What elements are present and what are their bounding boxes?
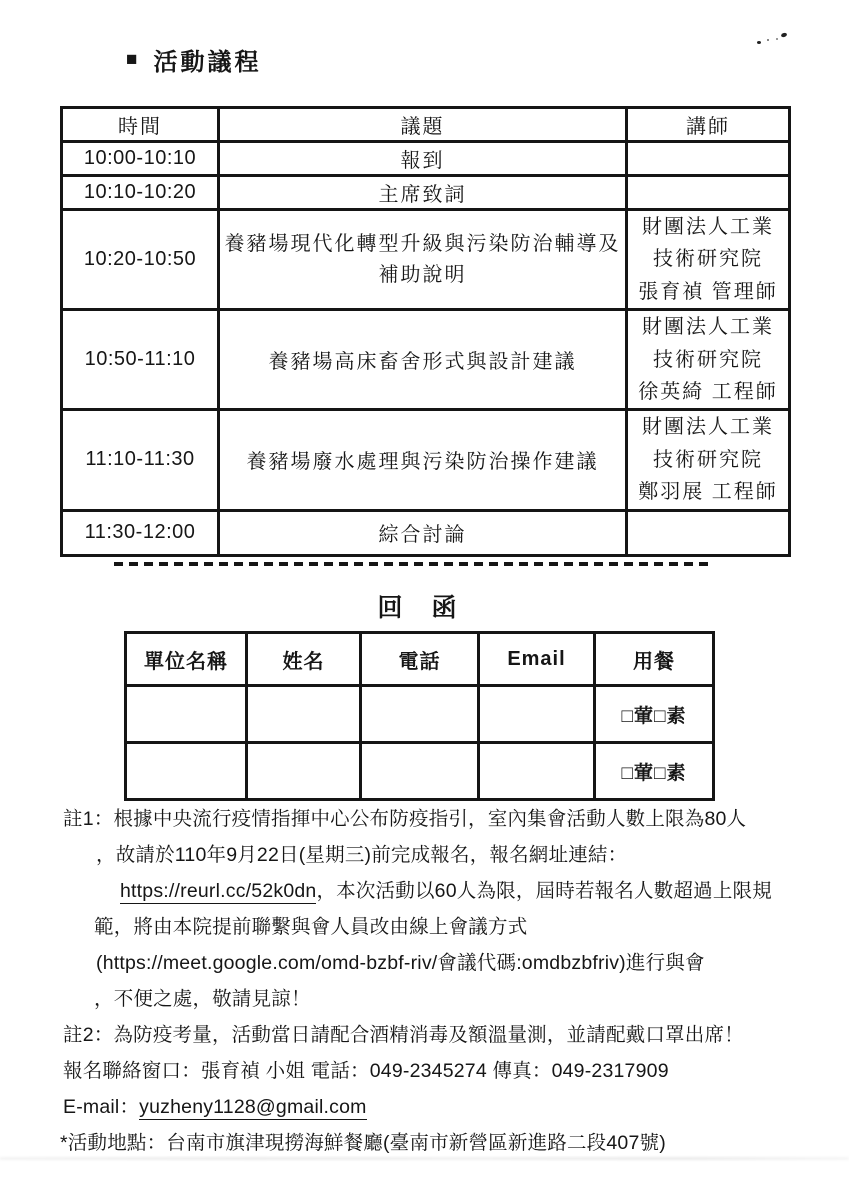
agenda-header-topic: 議題 [219,108,627,142]
email-line: E-mail：yuzheny1128@gmail.com [60,1089,808,1125]
time-cell: 10:10-10:20 [62,176,219,210]
speaker-line: 財團法人工業 [632,411,784,443]
speaker-cell [627,176,790,210]
topic-cell: 養豬場廢水處理與污染防治操作建議 [219,410,627,510]
notes-section: 註1：根據中央流行疫情指揮中心公布防疫指引，室內集會活動人數上限為80人 ，故請… [60,801,808,1161]
speaker-line: 張育禎 管理師 [632,276,784,308]
phone-field-cell [361,686,479,743]
agenda-row: 10:20-10:50 養豬場現代化轉型升級與污染防治輔導及 補助說明 財團法人… [62,210,790,310]
meal-checkboxes-cell: □葷□素 [595,743,714,800]
agenda-row: 11:30-12:00 綜合討論 [62,510,790,555]
speaker-line: 技術研究院 [632,344,784,376]
note1-line1: 註1：根據中央流行疫情指揮中心公布防疫指引，室內集會活動人數上限為80人 [60,801,808,837]
note2-line: 註2：為防疫考量，活動當日請配合酒精消毒及額溫量測，並請配戴口罩出席！ [60,1017,808,1053]
agenda-header-speaker: 講師 [627,108,790,142]
registration-url-link[interactable]: https://reurl.cc/52k0dn [120,880,316,904]
time-cell: 10:20-10:50 [62,210,219,310]
reply-header-phone: 電話 [361,633,479,686]
reply-form-table: 單位名稱 姓名 電話 Email 用餐 □葷□素 □葷□素 [124,631,715,801]
speaker-line: 技術研究院 [632,444,784,476]
topic-line: 補助說明 [224,260,621,291]
topic-cell: 報到 [219,142,627,176]
reply-row: □葷□素 [126,686,714,743]
scanned-document-page: ■ 活動議程 時間 議題 講師 10:00-10:10 報到 10:10-10:… [0,0,849,1200]
scan-speck [776,38,778,40]
contact-email-link[interactable]: yuzheny1128@gmail.com [139,1096,366,1120]
scan-speck [767,39,769,41]
reply-header-meal: 用餐 [595,633,714,686]
topic-cell: 養豬場現代化轉型升級與污染防治輔導及 補助說明 [219,210,627,310]
agenda-table: 時間 議題 講師 10:00-10:10 報到 10:10-10:20 主席致詞… [60,106,791,557]
unit-field-cell [126,686,247,743]
speaker-line: 財團法人工業 [632,211,784,243]
page-title: ■ 活動議程 [126,42,261,77]
agenda-row: 10:50-11:10 養豬場高床畜舍形式與設計建議 財團法人工業 技術研究院 … [62,310,790,410]
reply-header-unit: 單位名稱 [126,633,247,686]
topic-cell: 綜合討論 [219,510,627,555]
time-cell: 11:10-11:30 [62,410,219,510]
topic-cell: 養豬場高床畜舍形式與設計建議 [219,310,627,410]
time-cell: 10:50-11:10 [62,310,219,410]
location-line: *活動地點：台南市旗津現撈海鮮餐廳(臺南市新營區新進路二段407號) [60,1125,808,1161]
speaker-cell: 財團法人工業 技術研究院 張育禎 管理師 [627,210,790,310]
topic-cell: 主席致詞 [219,176,627,210]
meal-checkboxes-cell: □葷□素 [595,686,714,743]
agenda-row: 10:00-10:10 報到 [62,142,790,176]
reply-header-email: Email [479,633,595,686]
phone-field-cell [361,743,479,800]
reply-section-title: 回 函 [124,588,712,624]
note1-line4: 範，將由本院提前聯繫與會人員改由線上會議方式 [60,909,808,945]
agenda-header-time: 時間 [62,108,219,142]
topic-line: 養豬場現代化轉型升級與污染防治輔導及 [224,229,621,260]
reply-row: □葷□素 [126,743,714,800]
speaker-line: 技術研究院 [632,243,784,275]
email-field-cell [479,743,595,800]
note1-line6: ，不便之處，敬請見諒！ [60,981,808,1017]
name-field-cell [247,743,361,800]
speaker-cell [627,510,790,555]
speaker-cell: 財團法人工業 技術研究院 鄭羽展 工程師 [627,410,790,510]
page-title-text: 活動議程 [153,42,261,77]
agenda-row: 10:10-10:20 主席致詞 [62,176,790,210]
agenda-row: 11:10-11:30 養豬場廢水處理與污染防治操作建議 財團法人工業 技術研究… [62,410,790,510]
speaker-cell [627,142,790,176]
unit-field-cell [126,743,247,800]
speaker-line: 財團法人工業 [632,311,784,343]
speaker-cell: 財團法人工業 技術研究院 徐英綺 工程師 [627,310,790,410]
square-bullet-icon: ■ [126,49,137,71]
time-cell: 11:30-12:00 [62,510,219,555]
scan-speck [780,32,787,38]
name-field-cell [247,686,361,743]
speaker-line: 鄭羽展 工程師 [632,476,784,508]
reply-header-name: 姓名 [247,633,361,686]
email-field-cell [479,686,595,743]
note1-line3-rest: ，本次活動以60人為限，屆時若報名人數超過上限規 [316,880,772,902]
scan-speck [757,41,761,44]
contact-line: 報名聯絡窗口：張育禎 小姐 電話：049-2345274 傳真：049-2317… [60,1053,808,1089]
note1-line3: https://reurl.cc/52k0dn，本次活動以60人為限，屆時若報名… [60,873,808,909]
time-cell: 10:00-10:10 [62,142,219,176]
dashed-cut-line [114,562,711,566]
note1-line5-meet-url: (https://meet.google.com/omd-bzbf-riv/會議… [60,945,808,981]
speaker-line: 徐英綺 工程師 [632,376,784,408]
email-label: E-mail： [63,1096,139,1118]
reply-header-row: 單位名稱 姓名 電話 Email 用餐 [126,633,714,686]
note1-line2: ，故請於110年9月22日(星期三)前完成報名，報名網址連結： [60,837,808,873]
agenda-header-row: 時間 議題 講師 [62,108,790,142]
